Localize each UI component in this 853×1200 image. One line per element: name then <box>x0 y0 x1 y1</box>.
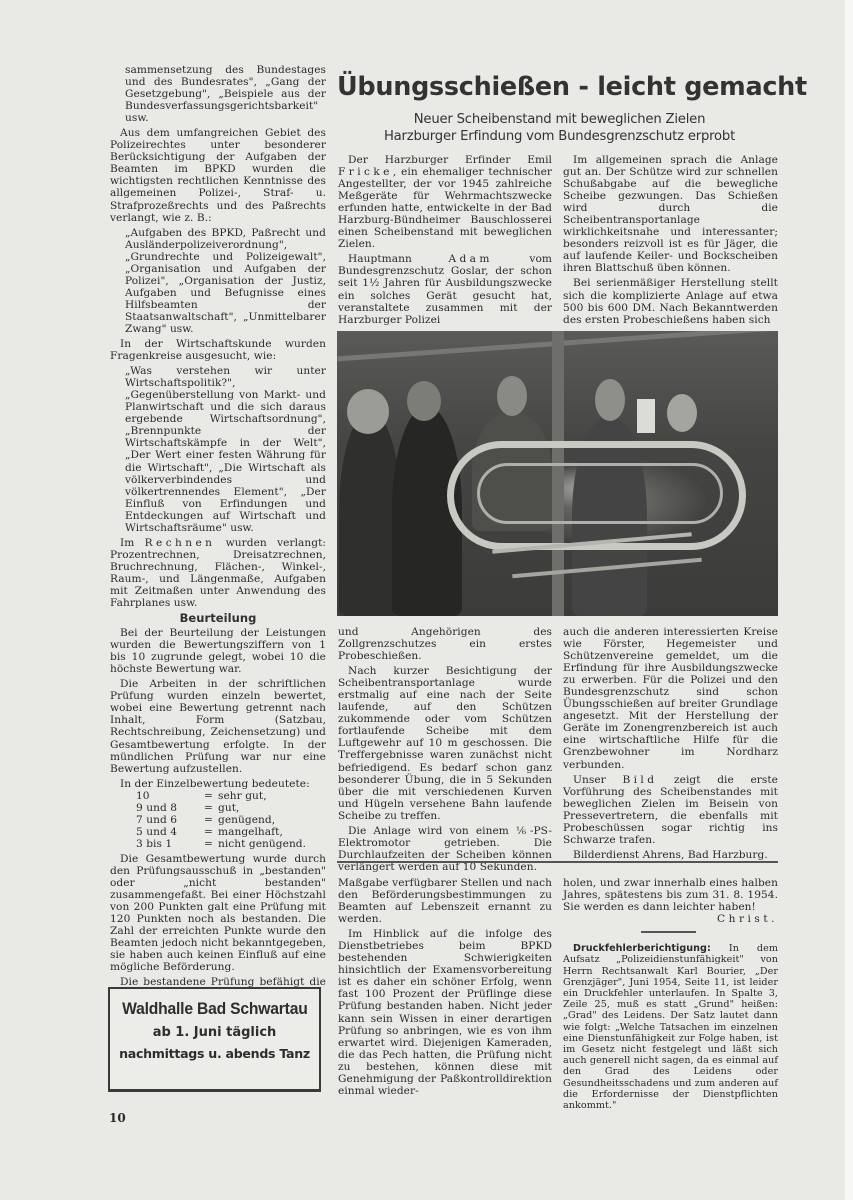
ad-line: nachmittags u. abends Tanz <box>110 1046 319 1061</box>
paragraph: Im allgemeinen sprach die Anlage gut an.… <box>563 154 778 274</box>
quote-list: „Aufgaben des BPKD, Paßrecht und Ausländ… <box>125 227 326 335</box>
grade-row: 7 und 6=genügend, <box>136 814 306 826</box>
paragraph: In der Wirtschaftskunde wurden Fragenkre… <box>110 338 326 362</box>
text: Im <box>120 537 134 549</box>
photo-figure-head <box>497 376 527 416</box>
paragraph: Die Arbeiten in der schriftlichen Prüfun… <box>110 678 326 774</box>
grade-key: 3 bis 1 <box>136 838 204 850</box>
ad-line: ab 1. Juni täglich <box>110 1025 319 1040</box>
grade-key: 10 <box>136 790 204 802</box>
text: Unser <box>573 774 606 786</box>
quote-list: „Was verstehen wir unter Wirtschaftspoli… <box>125 365 326 534</box>
text: , ein ehemaliger technischer Angestellte… <box>338 166 552 250</box>
paragraph: Bei serienmäßiger Herstellung stellt sic… <box>563 277 778 325</box>
paragraph: Bei der Beurteilung der Leistungen wurde… <box>110 627 326 675</box>
photo-track-inner <box>477 463 723 524</box>
erratum-label: Druckfehlerberichtigung: <box>573 943 711 954</box>
article-column-2: Im allgemeinen sprach die Anlage gut an.… <box>563 154 778 329</box>
grade-value: mangelhaft, <box>218 826 306 838</box>
photo-figure-head <box>347 389 389 434</box>
page-edge <box>845 0 853 1200</box>
grade-row: 3 bis 1=nicht genügend. <box>136 838 306 850</box>
photo-credit: Bilderdienst Ahrens, Bad Harzburg. <box>563 849 778 861</box>
paragraph: holen, und zwar innerhalb eines halben J… <box>563 877 778 913</box>
paragraph: Im Rechnen wurden verlangt: Prozentrechn… <box>110 537 326 609</box>
text: Hauptmann <box>348 253 412 265</box>
paragraph: Im Hinblick auf die infolge des Dienstbe… <box>338 928 552 1097</box>
erratum-note: Druckfehlerberichtigung: In dem Aufsatz … <box>563 943 778 1111</box>
paragraph: Unser Bild zeigt die erste Vorführung de… <box>563 774 778 846</box>
paragraph: Die Anlage wird von einem ⅙-PS-Elektromo… <box>338 825 552 873</box>
continuation-column-1: Maßgabe verfügbarer Stellen und nach den… <box>338 877 552 1100</box>
grade-row: 9 und 8=gut, <box>136 802 306 814</box>
grade-value: sehr gut, <box>218 790 306 802</box>
grade-value: nicht genügend. <box>218 838 306 850</box>
paragraph: In der Einzelbewertung bedeutete: <box>110 778 326 790</box>
paragraph: und Angehörigen des Zollgrenzschutzes ei… <box>338 626 552 662</box>
equals: = <box>204 838 218 850</box>
article-column-2-continued: auch die anderen interessierten Kreise w… <box>563 626 778 864</box>
paragraph: Hauptmann Adam vom Bundesgrenzschutz Gos… <box>338 253 552 325</box>
paragraph: Maßgabe verfügbarer Stellen und nach den… <box>338 877 552 925</box>
ad-title: Waldhalle Bad Schwartau <box>122 999 308 1019</box>
equals: = <box>204 826 218 838</box>
article-column-1: Der Harzburger Erfinder Emil Fricke, ein… <box>338 154 552 329</box>
page-number: 10 <box>109 1111 126 1125</box>
paragraph: auch die anderen interessierten Kreise w… <box>563 626 778 771</box>
grade-key: 5 und 4 <box>136 826 204 838</box>
paragraph: Aus dem umfangreichen Gebiet des Polizei… <box>110 127 326 223</box>
person-name: Adam <box>448 253 492 265</box>
section-heading: Beurteilung <box>110 612 326 624</box>
photo-target <box>637 399 655 433</box>
grade-row: 5 und 4=mangelhaft, <box>136 826 306 838</box>
grade-table: 10=sehr gut, 9 und 8=gut, 7 und 6=genüge… <box>136 790 306 850</box>
continuation-column-2: holen, und zwar innerhalb eines halben J… <box>563 877 778 1114</box>
text: Der Harzburger Erfinder Emil <box>348 154 552 166</box>
grade-value: gut, <box>218 802 306 814</box>
grade-key: 9 und 8 <box>136 802 204 814</box>
article-photo <box>337 331 778 616</box>
article-divider <box>337 861 778 863</box>
article-column-1-continued: und Angehörigen des Zollgrenzschutzes ei… <box>338 626 552 876</box>
emphasis: Bild <box>622 774 657 786</box>
grade-key: 7 und 6 <box>136 814 204 826</box>
grade-row: 10=sehr gut, <box>136 790 306 802</box>
paragraph: Der Harzburger Erfinder Emil Fricke, ein… <box>338 154 552 250</box>
author-signature: Christ. <box>563 913 778 925</box>
photo-figure-head <box>407 381 441 421</box>
paragraph: sammensetzung des Bundestages und des Bu… <box>125 64 326 124</box>
article-subheadline: Neuer Scheibenstand mit beweglichen Ziel… <box>337 112 782 127</box>
equals: = <box>204 790 218 802</box>
person-name: Fricke <box>338 166 393 178</box>
photo-figure-head <box>667 394 697 432</box>
grade-value: genügend, <box>218 814 306 826</box>
equals: = <box>204 814 218 826</box>
emphasis: Rechnen <box>145 537 216 549</box>
text: wurden verlangt: Prozentrechnen, Dreisat… <box>110 537 326 609</box>
photo-figure-head <box>595 379 625 421</box>
paragraph: Nach kurzer Besichtigung der Scheibentra… <box>338 665 552 822</box>
equals: = <box>204 802 218 814</box>
article-subheadline: Harzburger Erfindung vom Bundesgrenzschu… <box>337 129 782 144</box>
advertisement: Waldhalle Bad Schwartau ab 1. Juni tägli… <box>108 987 321 1092</box>
erratum-text: In dem Aufsatz „Polizeidienstunfähigkeit… <box>563 943 778 1111</box>
short-divider <box>641 931 696 933</box>
article-headline: Übungsschießen - leicht gemacht <box>337 72 782 102</box>
left-column: sammensetzung des Bundestages und des Bu… <box>110 64 326 1004</box>
paragraph: Die Gesamtbewertung wurde durch den Prüf… <box>110 853 326 973</box>
